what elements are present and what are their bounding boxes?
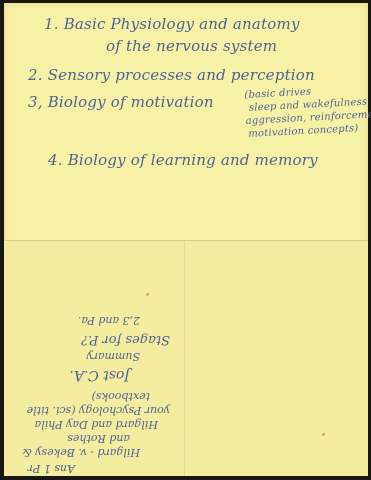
vertical-fold-line — [184, 241, 185, 476]
note-line: textbooks) — [92, 390, 150, 403]
list-item-4: 4. Biology of learning and memory — [48, 151, 318, 169]
note-line: Stages for P.? — [81, 332, 170, 347]
list-text: Sensory processes and perception — [48, 66, 315, 84]
upside-down-notes: Ans 1 Pr Hilgard - v. Bekesy & and Rothe… — [30, 305, 170, 475]
horizontal-fold-line — [4, 240, 368, 241]
list-item-3: 3, Biology of motivation — [28, 93, 214, 111]
note-line: Summary — [86, 350, 140, 363]
stain-spot — [322, 433, 325, 436]
list-number: 4. — [48, 151, 63, 169]
note-line: Hilgard and Day Phila — [35, 418, 158, 431]
list-item-1: 1. Basic Physiology and anatomy — [44, 15, 300, 33]
note-line: Ans 1 Pr — [28, 462, 75, 475]
note-line: your Psychology (sci. title — [27, 404, 170, 417]
note-line: Hilgard - v. Bekesy & — [22, 446, 140, 459]
list-number: 3, — [28, 93, 43, 111]
list-item-2: 2. Sensory processes and perception — [28, 66, 315, 84]
list-item-3-aside: (basic drives sleep and wakefulness aggr… — [244, 82, 371, 141]
note-line: and Rothes — [67, 432, 130, 445]
stain-spot — [146, 293, 149, 296]
note-line: 2,3 and Pa. — [78, 314, 140, 327]
list-number: 1. — [44, 15, 59, 33]
list-text: Biology of motivation — [48, 93, 214, 111]
list-number: 2. — [28, 66, 43, 84]
list-text: Biology of learning and memory — [68, 151, 318, 169]
list-item-1-continuation: of the nervous system — [106, 37, 277, 55]
list-text: Basic Physiology and anatomy — [64, 15, 300, 33]
note-line: Jost C.A. — [69, 367, 130, 383]
